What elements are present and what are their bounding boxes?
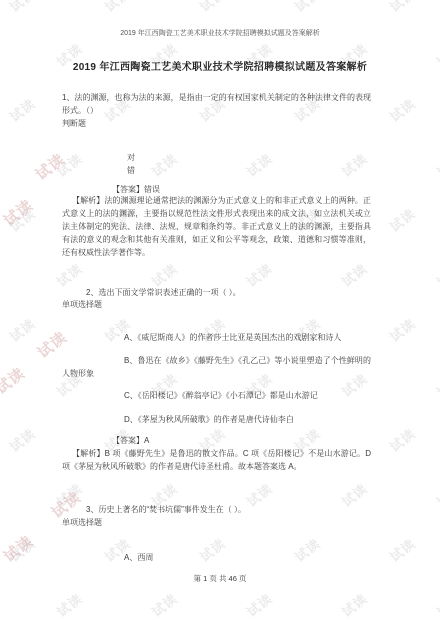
question-1-type: 判断题 xyxy=(62,117,86,130)
q2-option-d: D、《茅屋为秋风所破歌》的作者是唐代诗仙李白 xyxy=(124,413,294,426)
document-content: 2019 年江西陶瓷工艺美术职业技术学院招聘模拟试题及答案解析 2019 年江西… xyxy=(0,0,440,620)
q2-analysis: 【解析】B 项《藤野先生》是鲁迅的散文作品。C 项《岳阳楼记》不是山水游记。D … xyxy=(62,447,371,473)
question-3-text: 3、历史上著名的“焚书坑儒”事件发生在（ ）。 xyxy=(62,503,371,516)
question-2-type: 单项选择题 xyxy=(62,298,102,311)
page-title: 2019 年江西陶瓷工艺美术职业技术学院招聘模拟试题及答案解析 xyxy=(0,58,440,73)
q2-option-a: A、《威尼斯商人》的作者莎士比亚是英国杰出的戏剧家和诗人 xyxy=(124,331,341,344)
q2-option-c: C、《岳阳楼记》《醉翁亭记》《小石潭记》都是山水游记 xyxy=(124,389,318,402)
q3-option-a: A、西周 xyxy=(124,551,153,564)
question-1-text: 1、法的渊源，也称为法的来源，是指由一定的有权国家机关制定的各种法律文件的表现形… xyxy=(62,91,371,117)
q1-analysis: 【解析】法的渊源理论通常把法的渊源分为正式意义上的和非正式意义上的两种。正式意义… xyxy=(62,194,371,259)
q2-answer: 【答案】A xyxy=(112,434,149,447)
page-footer: 第 1 页 共 46 页 xyxy=(0,573,440,584)
q1-option-false: 错 xyxy=(127,164,135,177)
question-2-text: 2、选出下面文学常识表述正确的一项（ ）。 xyxy=(62,286,371,299)
q1-option-true: 对 xyxy=(127,151,135,164)
q2-option-b: B、鲁迅在《故乡》《藤野先生》《孔乙己》等小说里塑造了个性鲜明的人物形象 xyxy=(62,354,371,380)
document-page: 试读试读试读试读试读试读试读试读试读试读试读试读试读试读试读试读试读试读试读试读… xyxy=(0,0,440,620)
question-3-type: 单项选择题 xyxy=(62,516,102,529)
page-header-text: 2019 年江西陶瓷工艺美术职业技术学院招聘模拟试题及答案解析 xyxy=(0,28,440,38)
